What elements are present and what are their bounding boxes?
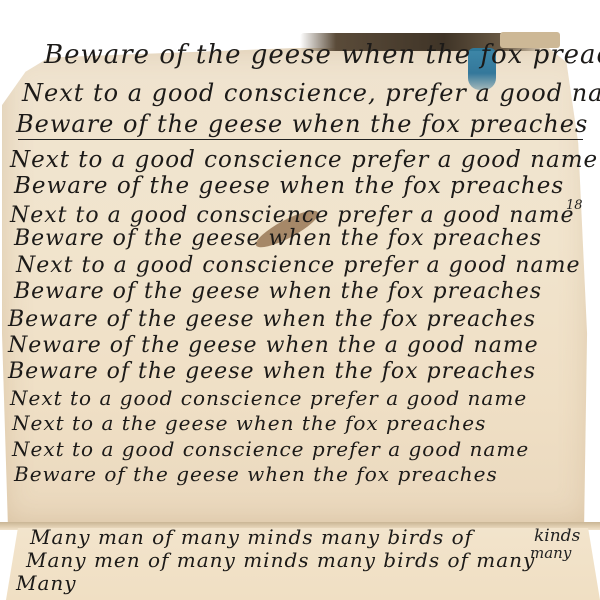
handwritten-line: Beware of the geese when the fox preache… xyxy=(44,40,600,70)
handwritten-line: Many xyxy=(16,571,77,595)
handwritten-line: Many man of many minds many birds of xyxy=(30,525,473,549)
handwritten-line: Many men of many minds many birds of man… xyxy=(26,548,535,572)
handwritten-line: Next to a good conscience prefer a good … xyxy=(10,147,598,173)
handwritten-line: Beware of the geese when the fox preache… xyxy=(8,307,536,332)
ruled-underline xyxy=(18,139,583,140)
handwritten-line: Next to a good conscience prefer a good … xyxy=(12,437,529,461)
handwritten-line: Beware of the geese when the fox preache… xyxy=(16,110,588,138)
handwritten-line: Beware of the geese when the fox preache… xyxy=(8,359,536,384)
handwritten-line: Beware of the geese when the fox preache… xyxy=(14,173,564,199)
handwritten-line: Next to a good conscience prefer a good … xyxy=(10,386,527,410)
handwritten-line: Next to a good conscience, prefer a good… xyxy=(22,79,600,107)
handwritten-line: Beware of the geese when the fox preache… xyxy=(14,279,542,304)
superscript-word: kinds xyxy=(534,526,580,546)
handwritten-line: Next to a the geese when the fox preache… xyxy=(12,411,486,435)
margin-note: 18 xyxy=(566,198,583,213)
handwritten-line: Neware of the geese when the a good name xyxy=(8,333,539,358)
superscript-word: many xyxy=(530,544,571,562)
handwritten-line: Beware of the geese when the fox preache… xyxy=(14,462,498,486)
handwritten-line: Next to a good conscience prefer a good … xyxy=(16,253,580,278)
handwritten-line: Next to a good conscience prefer a good … xyxy=(10,203,574,228)
handwritten-line: Beware of the geese when the fox preache… xyxy=(14,226,542,251)
